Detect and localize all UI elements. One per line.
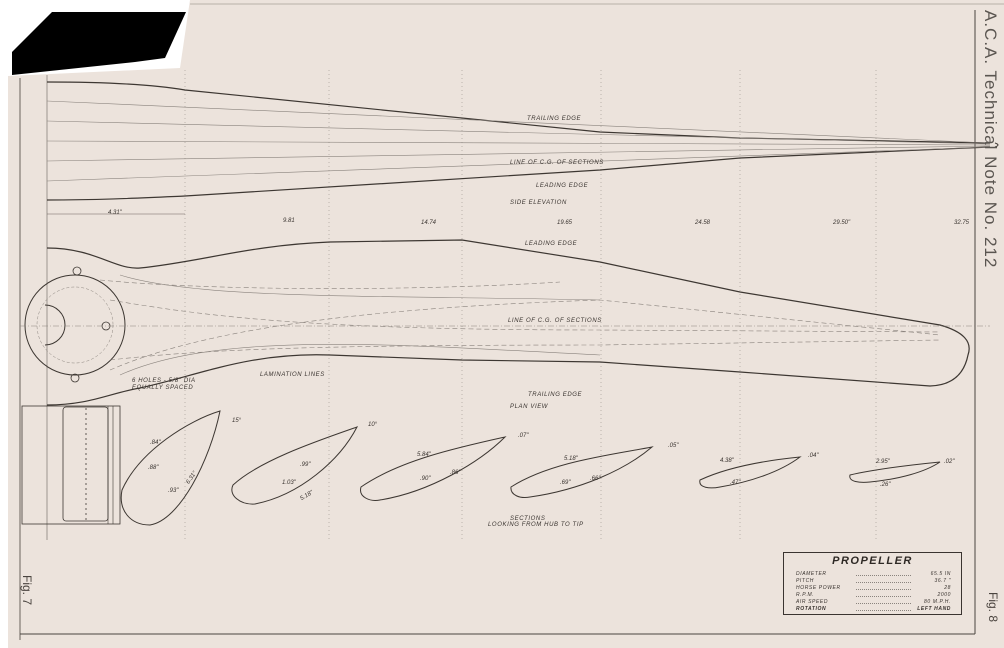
section-value: .90" [420,476,430,482]
holes-note-label: 6 Holes - 5/8" Dia [132,378,196,384]
section-angle: .04" [808,453,818,459]
section-angle: .07" [518,433,528,439]
section-chord: 2.95" [876,459,890,465]
section-chord: 4.38" [720,458,734,464]
station-dimension: 32.75 [954,220,969,226]
spec-value: 28 [944,585,951,591]
section-value: .47" [730,480,740,486]
spec-key: Horse Power [796,585,841,591]
blueprint-sheet: Trailing Edge Line of C.G. of Sections L… [0,0,1004,648]
spec-row-air-speed: Air Speed 80 M.P.H. [796,599,951,606]
station-dimension: 29.50" [833,220,850,226]
plan-cg-line-label: Line of C.G. of Sections [508,318,602,324]
spec-row-rpm: R.P.M. 2000 [796,592,951,599]
section-value: .99" [300,462,310,468]
section-value: .93" [168,488,178,494]
section-angle: .05" [668,443,678,449]
spec-key: R.P.M. [796,592,814,598]
side-trailing-edge-label: Trailing Edge [527,116,581,122]
spec-value: Left Hand [917,606,951,612]
section-value: .26" [880,482,890,488]
station-dimension: 19.65 [557,220,572,226]
station-dimension: 24.58 [695,220,710,226]
sections-subcaption: Looking from Hub to Tip [488,522,584,528]
lamination-lines-label: Lamination Lines [260,372,325,378]
section-angle: .02" [944,459,954,465]
side-leading-edge-label: Leading Edge [536,183,588,189]
section-value: .66" [590,476,600,482]
spec-row-diameter: Diameter 65.5 in [796,571,951,578]
section-value: 1.03" [282,480,296,486]
section-value: .69" [560,480,570,486]
spec-row-horse-power: Horse Power 28 [796,585,951,592]
section-value: .84" [150,440,160,446]
section-chord: 5.84" [417,452,431,458]
section-angle: 15° [232,418,241,424]
spec-row-rotation: Rotation Left Hand [796,606,951,613]
station-dimension: 4.31" [108,210,122,216]
drawing-canvas [0,0,1004,648]
side-elevation-title: Side Elevation [510,200,567,206]
spec-value: 2000 [937,592,951,598]
spec-key: Air Speed [796,599,828,605]
section-value: .88" [148,465,158,471]
plan-view-title: Plan View [510,404,548,410]
plan-trailing-edge-label: Trailing Edge [528,392,582,398]
technical-note-header: A.C.A. Technical Note No. 212 [980,10,1000,268]
propeller-table-title: PROPELLER [784,555,961,567]
side-cg-line-label: Line of C.G. of Sections [510,160,604,166]
spec-key: Pitch [796,578,814,584]
section-chord: 5.18" [564,456,578,462]
spec-value: 36.7 " [935,578,952,584]
spec-value: 65.5 in [931,571,951,577]
spec-row-pitch: Pitch 36.7 " [796,578,951,585]
propeller-spec-table: PROPELLER Diameter 65.5 in Pitch 36.7 " … [783,552,962,615]
section-angle: 10° [368,422,377,428]
section-value: .86" [450,470,460,476]
figure-label-left: Fig. 7 [20,575,34,605]
spec-value: 80 M.P.H. [924,599,951,605]
spec-key: Diameter [796,571,827,577]
figure-label-right: Fig. 8 [986,592,1000,622]
station-dimension: 9.81 [283,218,295,224]
holes-spacing-label: Equally Spaced [132,385,193,391]
plan-leading-edge-label: Leading Edge [525,241,577,247]
station-dimension: 14.74 [421,220,436,226]
spec-key: Rotation [796,606,826,612]
